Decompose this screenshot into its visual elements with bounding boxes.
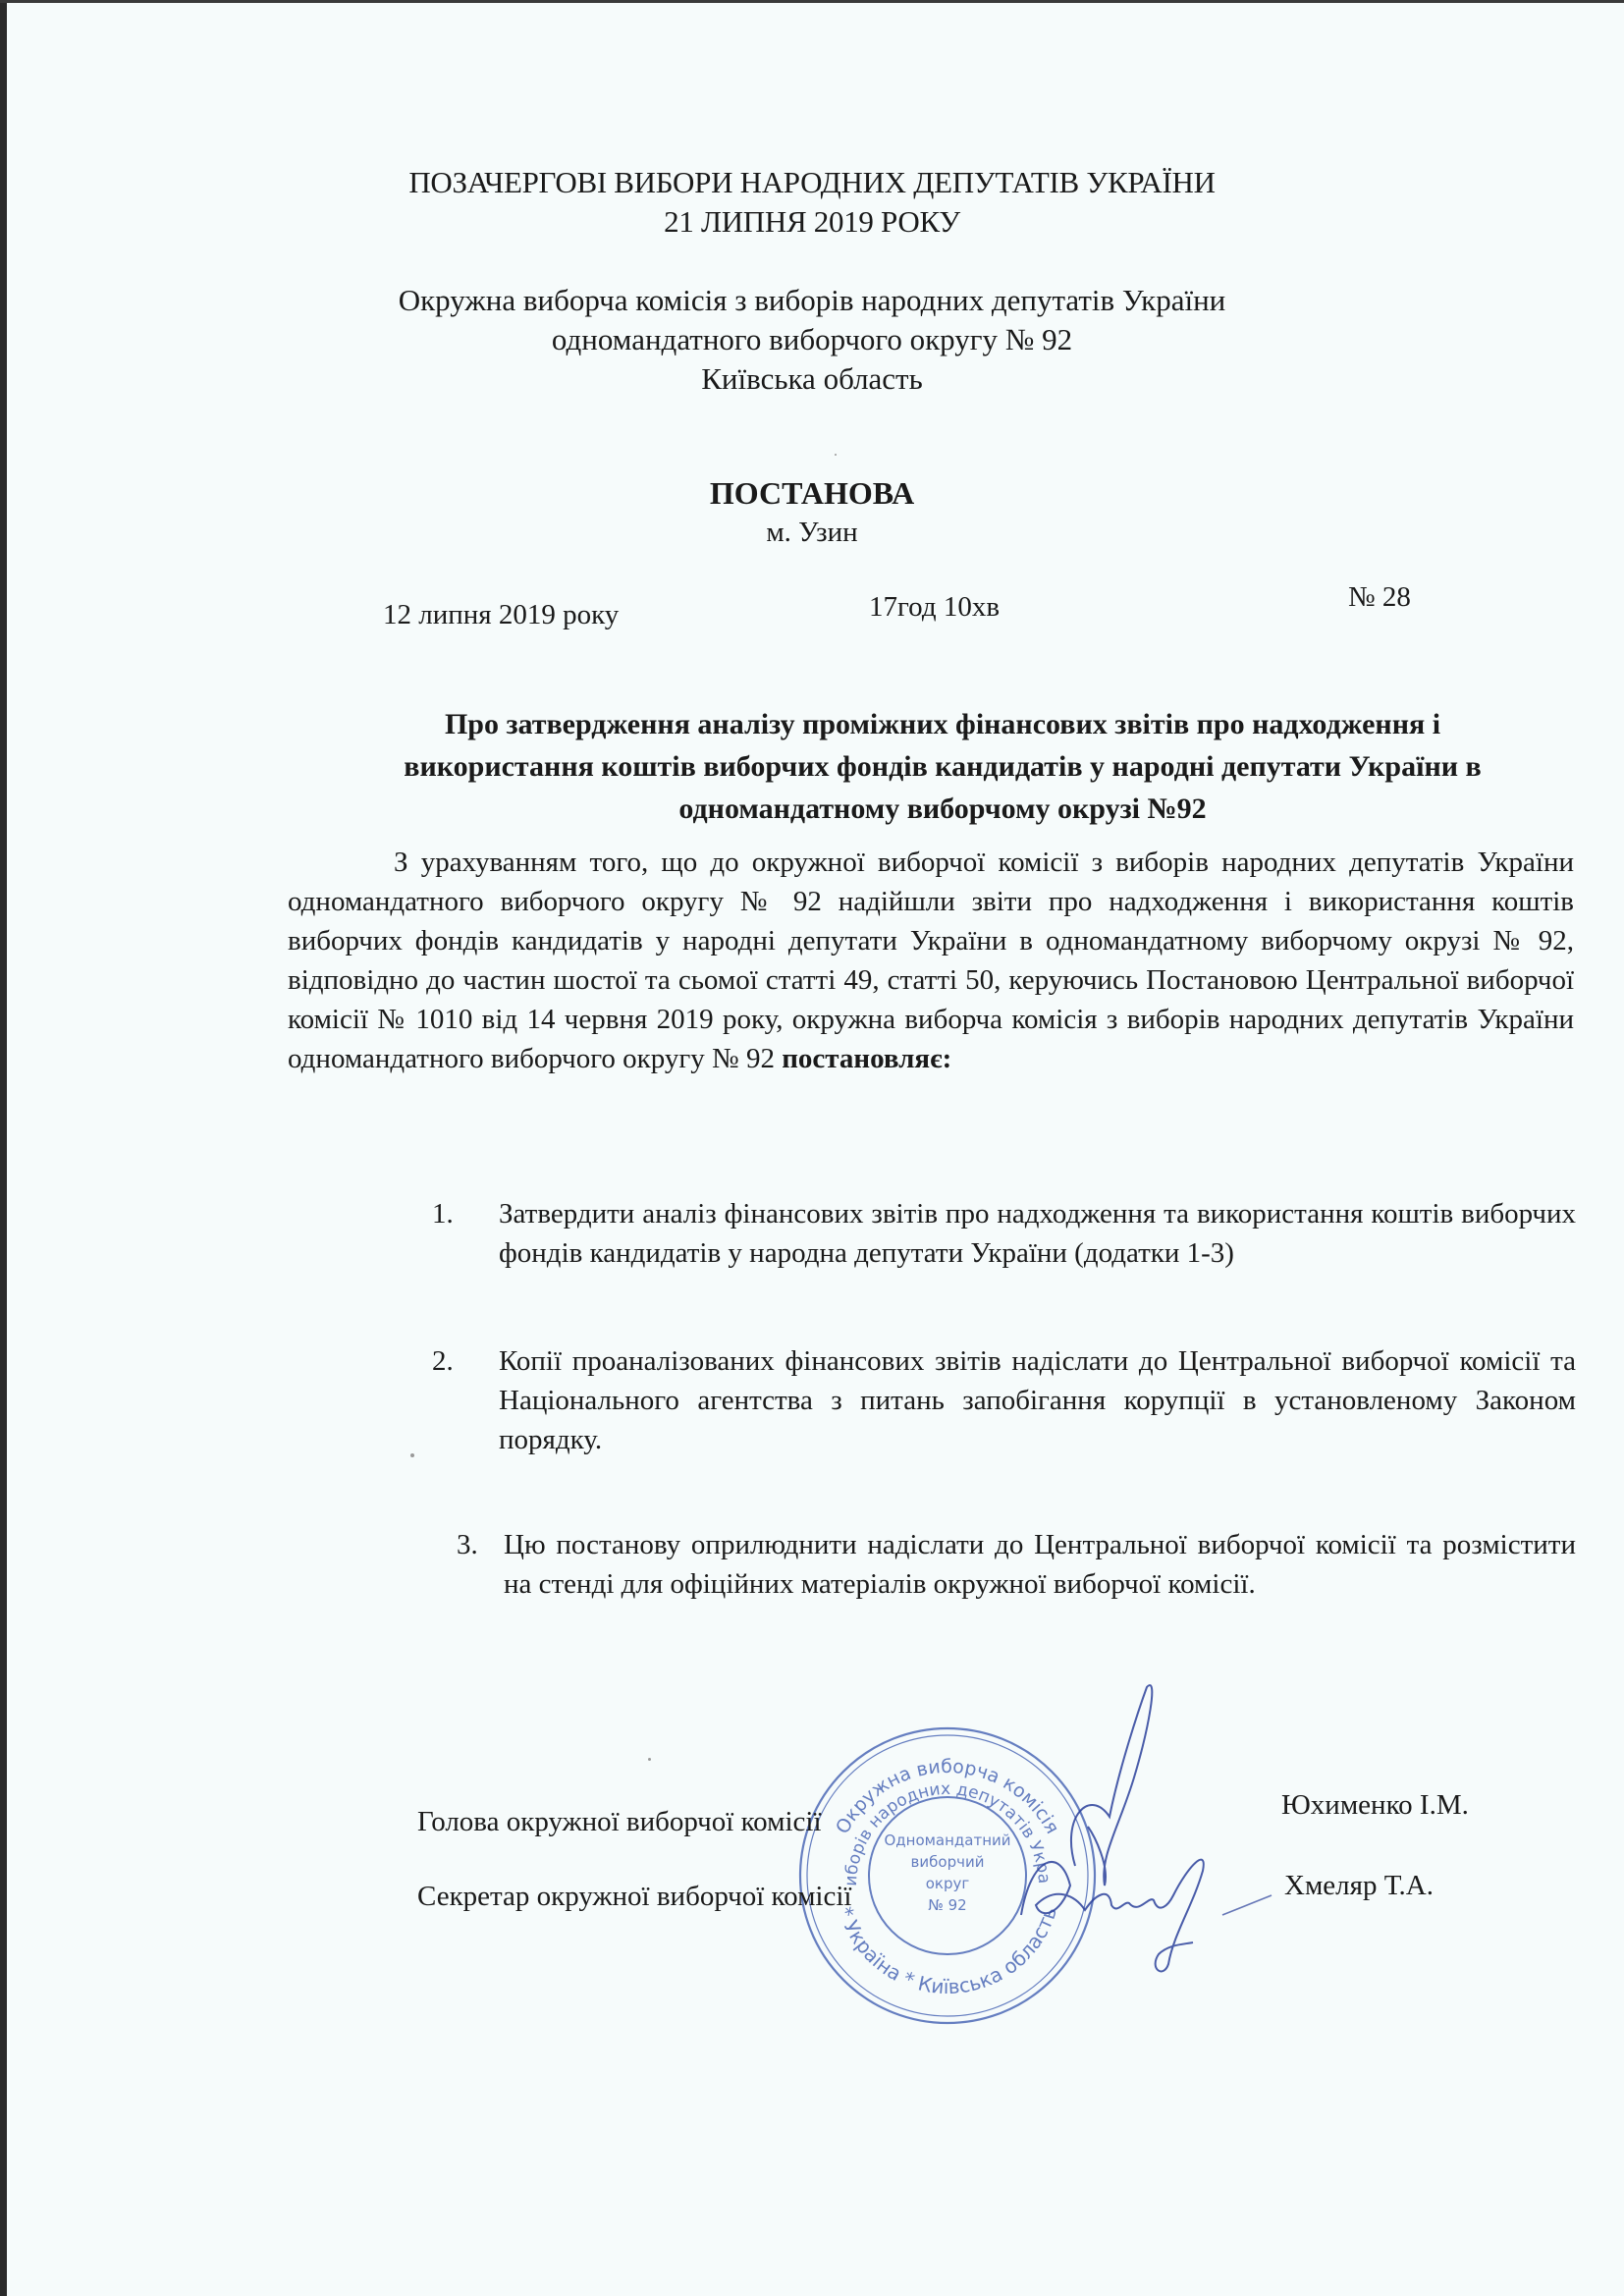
election-header: ПОЗАЧЕРГОВІ ВИБОРИ НАРОДНИХ ДЕПУТАТІВ УК… [0, 163, 1624, 242]
subject-line-1: Про затвердження аналізу проміжних фінан… [324, 703, 1561, 745]
scan-edge-top [0, 0, 1624, 3]
resolution-item-1: 1. Затвердити аналіз фінансових звітів п… [432, 1194, 1576, 1273]
secretary-role: Секретар окружної виборчої комісії [417, 1879, 851, 1914]
document-type: ПОСТАНОВА [0, 473, 1624, 513]
commission-line-1: Окружна виборча комісія з виборів народн… [0, 281, 1624, 320]
document-date: 12 липня 2019 року [383, 597, 619, 632]
chair-role: Голова окружної виборчої комісії [417, 1804, 822, 1839]
scan-speck [835, 454, 837, 456]
item-text: Цю постанову оприлюднити надіслати до Це… [504, 1525, 1576, 1604]
resolution-item-3: 3. Цю постанову оприлюднити надіслати до… [457, 1525, 1576, 1604]
stamp-center-4: № 92 [928, 1896, 966, 1914]
resolves-keyword: постановляє: [782, 1043, 951, 1074]
document-time: 17год 10хв [869, 589, 1000, 625]
stamp-center-2: виборчий [911, 1853, 985, 1871]
stamp-center-3: округ [926, 1875, 970, 1892]
item-text: Копії проаналізованих фінансових звітів … [499, 1341, 1576, 1459]
document-number: № 28 [1348, 579, 1411, 615]
preamble-text: З урахуванням того, що до окружної вибор… [288, 847, 1574, 1074]
stamp-center-1: Одномандатний [884, 1831, 1010, 1849]
document-city: м. Узин [0, 513, 1624, 552]
signature-secretary [1001, 1827, 1316, 1984]
item-number: 2. [432, 1341, 454, 1381]
item-number: 1. [432, 1194, 454, 1233]
election-date: 21 ЛИПНЯ 2019 РОКУ [0, 202, 1624, 242]
document-subject: Про затвердження аналізу проміжних фінан… [324, 703, 1561, 830]
commission-header: Окружна виборча комісія з виборів народн… [0, 281, 1624, 399]
resolution-item-2: 2. Копії проаналізованих фінансових звіт… [432, 1341, 1576, 1459]
scan-speck [648, 1758, 651, 1761]
election-title: ПОЗАЧЕРГОВІ ВИБОРИ НАРОДНИХ ДЕПУТАТІВ УК… [0, 163, 1624, 202]
commission-line-2: одномандатного виборчого округу № 92 [0, 320, 1624, 359]
subject-line-2: використання коштів виборчих фондів канд… [324, 745, 1561, 788]
preamble-paragraph: З урахуванням того, що до окружної вибор… [288, 843, 1574, 1078]
subject-line-3: одномандатному виборчому окрузі №92 [324, 788, 1561, 830]
item-text: Затвердити аналіз фінансових звітів про … [499, 1194, 1576, 1273]
item-number: 3. [457, 1525, 478, 1564]
commission-region: Київська область [0, 359, 1624, 399]
scan-speck [410, 1453, 414, 1457]
